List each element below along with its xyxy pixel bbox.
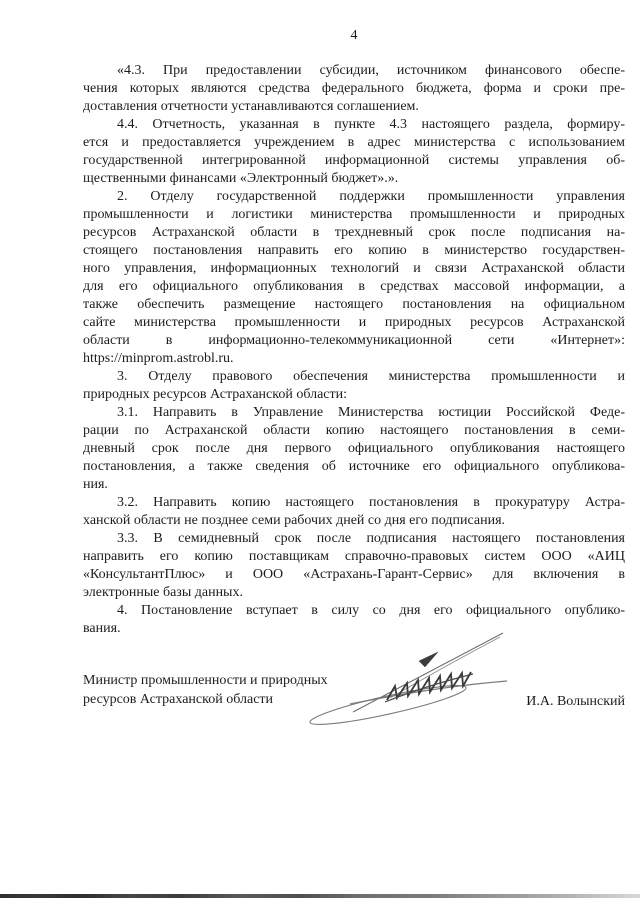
text-line: ется и предоставляется учреждением в адр…	[83, 134, 625, 152]
text-line: доставления отчетности устанавливаются с…	[83, 98, 625, 116]
paragraph: 2. Отделу государственной поддержки пром…	[83, 188, 625, 368]
text-line: сайте министерства промышленности и прир…	[83, 314, 625, 332]
text-line: https://minprom.astrobl.ru.	[83, 350, 625, 368]
text-line: рации по Астраханской области копию наст…	[83, 422, 625, 440]
text-line: стоящего постановления направить его коп…	[83, 242, 625, 260]
scan-edge-artifact	[0, 894, 640, 898]
text-line: «КонсультантПлюс» и ООО «Астрахань-Гаран…	[83, 566, 625, 584]
text-line: ресурсов Астраханской области в трехднев…	[83, 224, 625, 242]
text-line: области в информационно-телекоммуникацио…	[83, 332, 625, 350]
text-line: промышленности и логистики министерства …	[83, 206, 625, 224]
paragraph: 4.4. Отчетность, указанная в пункте 4.3 …	[83, 116, 625, 188]
text-line: также обеспечить размещение настоящего п…	[83, 296, 625, 314]
text-line: государственной интегрированной информац…	[83, 152, 625, 170]
document-page: 4 «4.3. При предоставлении субсидии, ист…	[0, 0, 640, 905]
paragraph: 3. Отделу правового обеспечения министер…	[83, 368, 625, 404]
signatory-name: И.А. Волынский	[526, 692, 625, 711]
text-line: 3.2. Направить копию настоящего постанов…	[83, 494, 625, 512]
text-line: 2. Отделу государственной поддержки пром…	[83, 188, 625, 206]
text-line: ного управления, информационных технолог…	[83, 260, 625, 278]
paragraph: 3.1. Направить в Управление Министерства…	[83, 404, 625, 494]
text-line: щественными финансами «Электронный бюдже…	[83, 170, 625, 188]
handwritten-signature-icon	[295, 628, 510, 728]
text-line: постановления, а также сведения об источ…	[83, 458, 625, 476]
text-line: дневный срок после дня первого официальн…	[83, 440, 625, 458]
text-line: чения которых являются средства федераль…	[83, 80, 625, 98]
text-line: направить его копию поставщикам справочн…	[83, 548, 625, 566]
text-line: 4.4. Отчетность, указанная в пункте 4.3 …	[83, 116, 625, 134]
document-body: «4.3. При предоставлении субсидии, источ…	[83, 62, 625, 638]
paragraph: 3.2. Направить копию настоящего постанов…	[83, 494, 625, 530]
text-line: для его официального опубликования в сре…	[83, 278, 625, 296]
text-line: 3.1. Направить в Управление Министерства…	[83, 404, 625, 422]
text-line: 3. Отделу правового обеспечения министер…	[83, 368, 625, 386]
text-line: электронные базы данных.	[83, 584, 625, 602]
text-line: 4. Постановление вступает в силу со дня …	[83, 602, 625, 620]
text-line: 3.3. В семидневный срок после подписания…	[83, 530, 625, 548]
text-line: ханской области не позднее семи рабочих …	[83, 512, 625, 530]
paragraph: «4.3. При предоставлении субсидии, источ…	[83, 62, 625, 116]
text-line: природных ресурсов Астраханской области:	[83, 386, 625, 404]
text-line: ния.	[83, 476, 625, 494]
page-number: 4	[83, 27, 625, 45]
text-line: «4.3. При предоставлении субсидии, источ…	[83, 62, 625, 80]
paragraph: 3.3. В семидневный срок после подписания…	[83, 530, 625, 602]
